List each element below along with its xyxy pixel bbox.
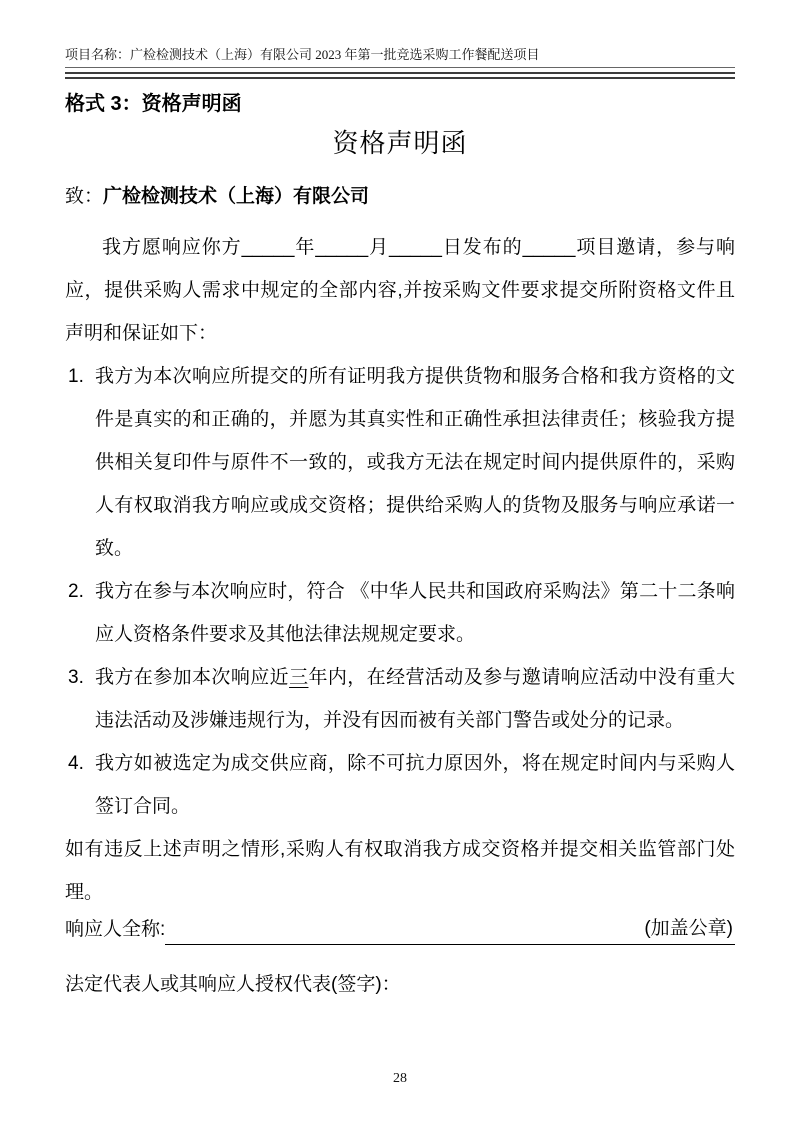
list-item-text: 我方为本次响应所提交的所有证明我方提供货物和服务合格和我方资格的文件是真实的和正… <box>95 366 735 559</box>
section-heading: 格式 3：资格声明函 <box>65 91 735 117</box>
list-item: 2. 我方在参与本次响应时，符合 《中华人民共和国政府采购法》第二十二条响应人资… <box>65 570 735 656</box>
salutation-to-label: 致： <box>65 186 103 207</box>
page-number: 28 <box>0 1071 800 1087</box>
salutation-company-name: 广检检测技术（上海）有限公司 <box>103 186 369 207</box>
respondent-name-row: 响应人全称: (加盖公章) <box>65 914 735 945</box>
list-item: 1. 我方为本次响应所提交的所有证明我方提供货物和服务合格和我方资格的文件是真实… <box>65 355 735 570</box>
list-item-number: 1. <box>68 355 84 398</box>
closing-paragraph: 如有违反上述声明之情形,采购人有权取消我方成交资格并提交相关监管部门处理。 <box>65 828 735 914</box>
list-item-number: 3. <box>68 656 84 699</box>
representative-signature-label: 法定代表人或其响应人授权代表(签字)： <box>65 970 735 1000</box>
list-item-number: 2. <box>68 570 84 613</box>
company-seal-note: (加盖公章) <box>642 914 735 945</box>
salutation-line: 致：广检检测技术（上海）有限公司 <box>65 175 735 218</box>
list-item-number: 4. <box>68 742 84 785</box>
header-double-rule <box>65 72 735 79</box>
document-page: 项目名称：广检检测技术（上海）有限公司 2023 年第一批竞选采购工作餐配送项目… <box>0 0 800 1131</box>
intro-paragraph: 我方愿响应你方_____年_____月_____日发布的_____项目邀请，参与… <box>65 226 735 355</box>
respondent-name-blank-line <box>165 914 642 945</box>
list-item: 3. 我方在参加本次响应近三年内，在经营活动及参与邀请响应活动中没有重大违法活动… <box>65 656 735 742</box>
list-item: 4. 我方如被选定为成交供应商，除不可抗力原因外，将在规定时间内与采购人签订合同… <box>65 742 735 828</box>
page-header-project-name: 项目名称：广检检测技术（上海）有限公司 2023 年第一批竞选采购工作餐配送项目 <box>65 46 735 68</box>
list-item-text: 我方如被选定为成交供应商，除不可抗力原因外，将在规定时间内与采购人签订合同。 <box>95 753 735 817</box>
respondent-name-label: 响应人全称: <box>65 915 165 945</box>
list-item-underlined-char: 三 <box>289 667 308 688</box>
list-item-text: 我方在参与本次响应时，符合 《中华人民共和国政府采购法》第二十二条响应人资格条件… <box>95 581 735 645</box>
list-item-text-pre: 我方在参加本次响应近 <box>95 667 289 688</box>
document-title: 资格声明函 <box>65 127 735 159</box>
declaration-list: 1. 我方为本次响应所提交的所有证明我方提供货物和服务合格和我方资格的文件是真实… <box>65 355 735 828</box>
